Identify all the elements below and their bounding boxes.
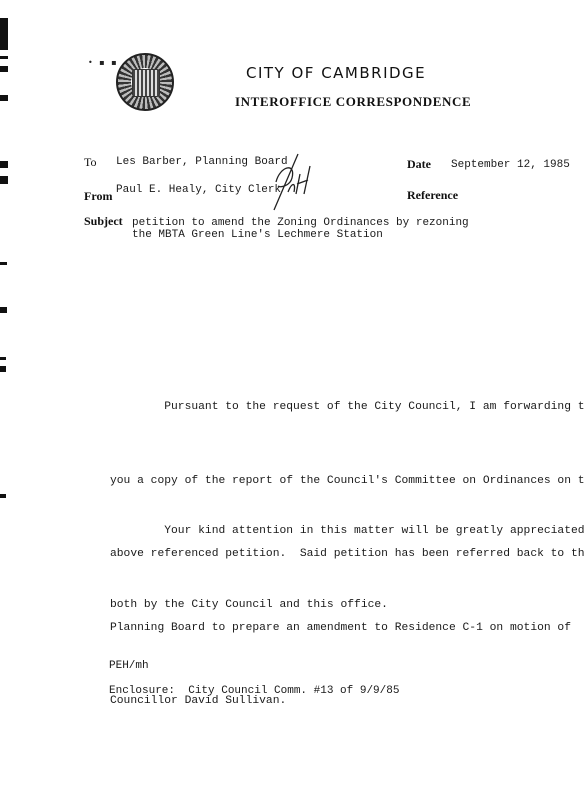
scan-mark xyxy=(0,307,7,313)
scan-mark xyxy=(0,176,8,184)
scan-mark xyxy=(0,95,8,101)
city-seal-icon xyxy=(116,53,174,111)
letterhead-dots: • ▪ ▪ xyxy=(88,58,119,67)
body-line: Pursuant to the request of the City Coun… xyxy=(110,395,585,420)
reference-label: Reference xyxy=(407,188,458,203)
scan-mark xyxy=(0,494,6,498)
scan-mark xyxy=(0,366,6,372)
signature-initials-icon xyxy=(266,152,316,212)
seal-building-icon xyxy=(132,69,160,97)
body-paragraph-2: Your kind attention in this matter will … xyxy=(110,470,585,666)
org-name: CITY OF CAMBRIDGE xyxy=(246,64,426,82)
doc-type: INTEROFFICE CORRESPONDENCE xyxy=(235,94,471,110)
body-line: both by the City Council and this office… xyxy=(110,593,585,618)
to-label: To xyxy=(84,155,97,170)
memo-page: • ▪ ▪ CITY OF CAMBRIDGE INTEROFFICE CORR… xyxy=(0,0,585,800)
subject-line-1: petition to amend the Zoning Ordinances … xyxy=(132,217,469,229)
enclosure-line: Enclosure: City Council Comm. #13 of 9/9… xyxy=(109,685,399,697)
scan-mark xyxy=(0,56,8,59)
scan-mark xyxy=(0,161,8,168)
typist-initials: PEH/mh xyxy=(109,660,149,672)
scan-mark xyxy=(0,357,6,360)
scan-mark xyxy=(0,262,7,265)
subject-line-2: the MBTA Green Line's Lechmere Station xyxy=(132,229,383,241)
date-label: Date xyxy=(407,157,431,172)
from-label: From xyxy=(84,189,112,204)
scan-mark xyxy=(0,66,8,72)
from-value: Paul E. Healy, City Clerk xyxy=(116,184,281,196)
to-value: Les Barber, Planning Board xyxy=(116,156,288,168)
subject-label: Subject xyxy=(84,214,123,229)
date-value: September 12, 1985 xyxy=(451,159,570,171)
body-line: Your kind attention in this matter will … xyxy=(110,519,585,544)
scan-mark xyxy=(0,18,8,50)
